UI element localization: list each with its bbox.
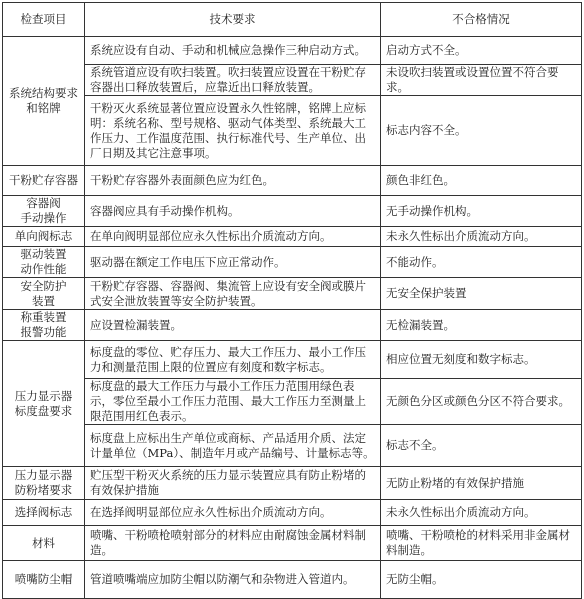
item-cell: 材料 [3,526,85,561]
table-row: 干粉贮存容器 干粉贮存容器外表面颜色应为红色。 颜色非红色。 [3,166,582,196]
item-cell: 驱动装置 动作性能 [3,247,85,278]
requirement-cell: 贮压型干粉灭火系统的压力显示装置应具有防止粉堵的有效保护措施 [85,467,381,500]
item-label: 压力显示器 防粉堵要求 [15,468,73,497]
table-row: 驱动装置 动作性能 驱动器在额定工作电压下应正常动作。 不能动作。 [3,247,582,278]
item-cell: 单向阀标志 [3,227,85,247]
requirement-cell: 驱动器在额定工作电压下应正常动作。 [85,247,381,278]
item-label: 安全防护 装置 [21,279,67,308]
failure-cell: 喷嘴、干粉喷枪的材料采用非金属材料制造。 [381,526,582,561]
failure-cell: 未设吹扫装置或设置位置不符合要求。 [381,65,582,96]
requirement-cell: 系统管道应设有吹扫装置。吹扫装置应设置在干粉贮存容器出口释放装置后，应靠近出口释… [85,65,381,96]
failure-cell: 相应位置无刻度和数字标志。 [381,341,582,379]
failure-cell: 无安全保护装置 [381,278,582,310]
requirement-cell: 标度盘的最大工作压力与最小工作压力范围用绿色表示，零位至最小工作压力范围、最大工… [85,379,381,425]
failure-cell: 无颜色分区或颜色分区不符合要求。 [381,379,582,425]
table-row: 标度盘上应标出生产单位或商标、产品适用介质、法定计量单位（MPa）、制造年月或产… [3,425,582,467]
requirement-cell: 喷嘴、干粉喷枪喷射部分的材料应由耐腐蚀金属材料制造。 [85,526,381,561]
item-cell: 安全防护 装置 [3,278,85,310]
table-row: 选择阀标志 在选择阀明显部位应永久性标出介质流动方向。 未永久性标出介质流动方向… [3,500,582,526]
item-cell: 干粉贮存容器 [3,166,85,196]
requirement-cell: 干粉贮存容器外表面颜色应为红色。 [85,166,381,196]
table-row: 容器阀 手动操作 容器阀应具有手动操作机构。 无手动操作机构。 [3,196,582,227]
header-row: 检查项目 技术要求 不合格情况 [3,3,582,37]
requirement-cell: 应设置检漏装置。 [85,310,381,341]
requirement-cell: 管道喷嘴端应加防尘帽以防潮气和杂物进入管道内。 [85,561,381,594]
item-cell: 选择阀标志 [3,500,85,526]
failure-cell: 无检漏装置。 [381,310,582,341]
header-failure: 不合格情况 [381,3,582,37]
table-row: 喷嘴防尘帽 管道喷嘴端应加防尘帽以防潮气和杂物进入管道内。 无防尘帽。 [3,561,582,594]
requirement-cell: 干粉灭火系统显著位置应设置永久性铭牌，铭牌上应标明：系统名称、型号规格、驱动气体… [85,96,381,166]
header-requirement: 技术要求 [85,3,381,37]
failure-cell: 启动方式不全。 [381,37,582,65]
failure-cell: 颜色非红色。 [381,166,582,196]
table-row: 系统管道应设有吹扫装置。吹扫装置应设置在干粉贮存容器出口释放装置后，应靠近出口释… [3,65,582,96]
item-cell: 称重装置 报警功能 [3,310,85,341]
table-row: 干粉灭火系统显著位置应设置永久性铭牌，铭牌上应标明：系统名称、型号规格、驱动气体… [3,96,582,166]
table-row: 标度盘的最大工作压力与最小工作压力范围用绿色表示，零位至最小工作压力范围、最大工… [3,379,582,425]
item-cell: 压力显示器 防粉堵要求 [3,467,85,500]
failure-cell: 无手动操作机构。 [381,196,582,227]
item-label: 系统结构要求 和铭牌 [9,86,78,115]
requirement-cell: 系统应设有自动、手动和机械应急操作三种启动方式。 [85,37,381,65]
failure-cell: 未永久性标出介质流动方向。 [381,227,582,247]
failure-cell: 标志内容不全。 [381,96,582,166]
item-label: 驱动装置 动作性能 [21,247,67,276]
table-row: 单向阀标志 在单向阀明显部位应永久性标出介质流动方向。 未永久性标出介质流动方向… [3,227,582,247]
failure-cell: 标志不全。 [381,425,582,467]
item-label: 称重装置 报警功能 [21,310,67,339]
item-label: 压力显示器 标度盘要求 [15,389,73,418]
table-row: 材料 喷嘴、干粉喷枪喷射部分的材料应由耐腐蚀金属材料制造。 喷嘴、干粉喷枪的材料… [3,526,582,561]
requirement-cell: 标度盘的零位、贮存压力、最大工作压力、最小工作压力和测量范围上限的位置应有刻度和… [85,341,381,379]
requirement-cell: 干粉贮存容器、容器阀、集流管上应设有安全阀或膜片式安全泄放装置等安全防护装置。 [85,278,381,310]
table-row: 称重装置 报警功能 应设置检漏装置。 无检漏装置。 [3,310,582,341]
item-cell: 容器阀 手动操作 [3,196,85,227]
item-cell: 喷嘴防尘帽 [3,561,85,594]
item-cell: 系统结构要求 和铭牌 [3,37,85,166]
table-row: 系统结构要求 和铭牌 系统应设有自动、手动和机械应急操作三种启动方式。 启动方式… [3,37,582,65]
requirement-cell: 标度盘上应标出生产单位或商标、产品适用介质、法定计量单位（MPa）、制造年月或产… [85,425,381,467]
failure-cell: 无防止粉堵的有效保护措施 [381,467,582,500]
table-row: 压力显示器 防粉堵要求 贮压型干粉灭火系统的压力显示装置应具有防止粉堵的有效保护… [3,467,582,500]
header-item: 检查项目 [3,3,85,37]
table-row: 压力显示器 标度盘要求 标度盘的零位、贮存压力、最大工作压力、最小工作压力和测量… [3,341,582,379]
requirement-cell: 容器阀应具有手动操作机构。 [85,196,381,227]
failure-cell: 未永久性标出介质流动方向。 [381,500,582,526]
requirement-cell: 在单向阀明显部位应永久性标出介质流动方向。 [85,227,381,247]
requirement-cell: 在选择阀明显部位应永久性标出介质流动方向。 [85,500,381,526]
item-label: 容器阀 手动操作 [21,196,67,225]
inspection-table: 检查项目 技术要求 不合格情况 系统结构要求 和铭牌 系统应设有自动、手动和机械… [2,2,582,593]
table-row: 安全防护 装置 干粉贮存容器、容器阀、集流管上应设有安全阀或膜片式安全泄放装置等… [3,278,582,310]
item-cell: 压力显示器 标度盘要求 [3,341,85,467]
failure-cell: 不能动作。 [381,247,582,278]
failure-cell: 无防尘帽。 [381,561,582,594]
